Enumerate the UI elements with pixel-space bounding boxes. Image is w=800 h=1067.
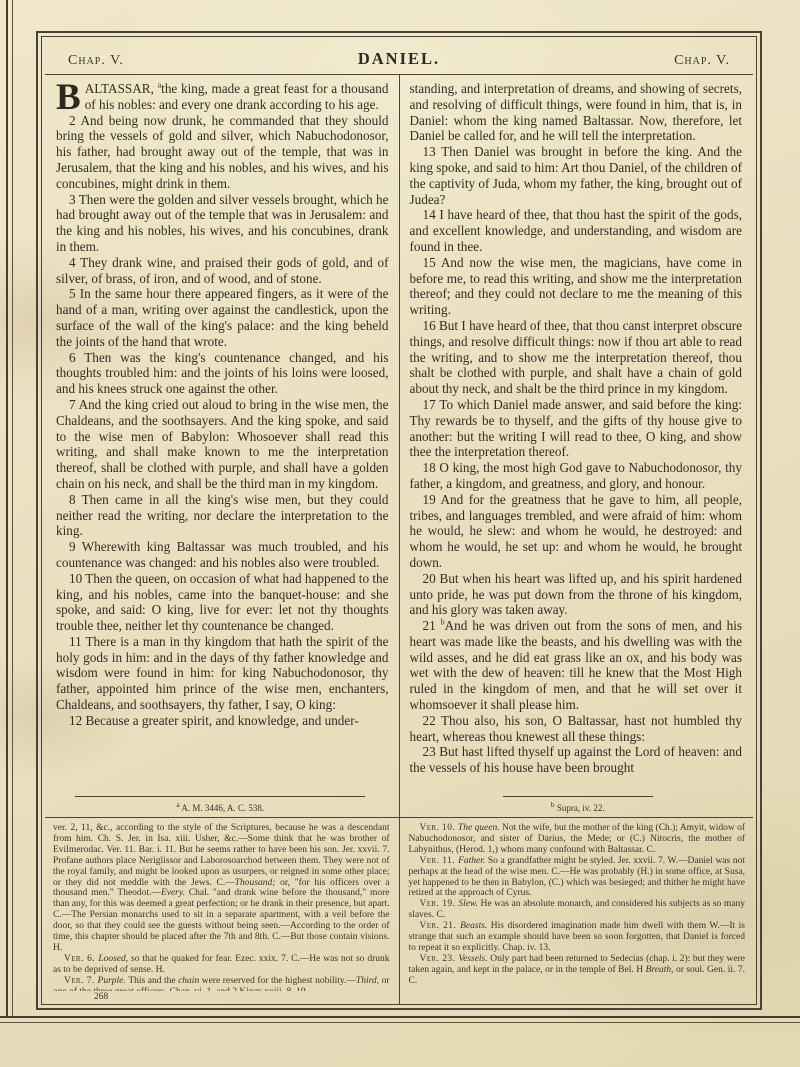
verse-ref-label: Ver. 23.	[420, 954, 459, 964]
verse-15: 15 And now the wise men, the magicians, …	[410, 255, 743, 318]
verse-6: 6 Then was the king's countenance change…	[56, 350, 389, 397]
term-word: Loosed,	[98, 954, 131, 964]
verse-18: 18 O king, the most high God gave to Nab…	[410, 460, 743, 492]
footnote-rule-right	[503, 796, 653, 797]
verse-21: 21 bAnd he was driven out from the sons …	[410, 618, 743, 713]
verse-12-part: 12 Because a greater spirit, and knowled…	[56, 713, 389, 729]
verse-16: 16 But I have heard of thee, that thou c…	[410, 318, 743, 397]
commentary-section: ver. 2, 11, &c., according to the style …	[42, 818, 756, 1004]
verse-13: 13 Then Daniel was brought in before the…	[410, 144, 743, 207]
note-ver-21: Ver. 21. Beasts. His disordered imaginat…	[409, 921, 746, 954]
footnote-left: a A. M. 3446, A. C. 538.	[42, 794, 399, 817]
term-word: Purple.	[98, 976, 129, 986]
verse-22: 22 Thou also, his son, O Baltassar, hast…	[410, 713, 743, 745]
verse-text-left: BALTASSAR, athe king, made a great feast…	[42, 75, 399, 794]
note-continued: ver. 2, 11, &c., according to the style …	[53, 823, 390, 954]
note-ver-10: Ver. 10. The queen. Not the wife, but th…	[409, 823, 746, 856]
verse-10: 10 Then the queen, on occasion of what h…	[56, 571, 389, 634]
term-word: Beasts.	[460, 921, 491, 931]
verse-17: 17 To which Daniel made answer, and said…	[410, 397, 743, 460]
term-word: Slew.	[458, 899, 480, 909]
term-word: Father.	[458, 856, 488, 866]
verse-5: 5 In the same hour there appeared finger…	[56, 286, 389, 349]
verse-ref-label: Ver. 10.	[420, 823, 458, 833]
footnote-left-text: a A. M. 3446, A. C. 538.	[176, 803, 264, 813]
verse-23-part: 23 But hast lifted thyself up against th…	[410, 744, 743, 776]
scripture-section: BALTASSAR, athe king, made a great feast…	[42, 75, 756, 817]
note-ver-6: Ver. 6. Loosed, so that he quaked for fe…	[53, 954, 390, 976]
verse-4: 4 They drank wine, and praised their god…	[56, 255, 389, 287]
note-ver-19: Ver. 19. Slew. He was an absolute monarc…	[409, 899, 746, 921]
verse-ref-label: Ver. 6.	[64, 954, 98, 964]
commentary-notes-left: ver. 2, 11, &c., according to the style …	[42, 818, 399, 991]
running-head: Chap. V. DANIEL. Chap. V.	[42, 37, 756, 73]
term-word: The queen.	[458, 823, 502, 833]
footnote-rule-left	[75, 796, 365, 797]
page-gutter-line	[6, 0, 13, 1016]
footnote-right-text: b Supra, iv. 22.	[551, 803, 605, 813]
commentary-column-right: Ver. 10. The queen. Not the wife, but th…	[400, 818, 757, 1004]
term-word: Vessels.	[458, 954, 490, 964]
scripture-column-right: standing, and interpretation of dreams, …	[400, 75, 757, 817]
page-number: 268	[94, 992, 399, 1002]
verse-20: 20 But when his heart was lifted up, and…	[410, 571, 743, 618]
verse-14: 14 I have heard of thee, that thou hast …	[410, 207, 743, 254]
verse-ref-label: Ver. 11.	[420, 856, 459, 866]
verse-12-continued: standing, and interpretation of dreams, …	[410, 81, 743, 144]
verse-11: 11 There is a man in thy kingdom that ha…	[56, 634, 389, 713]
running-head-chapter-right: Chap. V.	[440, 53, 730, 69]
verse-ref-label: Ver. 19.	[420, 899, 459, 909]
footnote-right: b Supra, iv. 22.	[400, 794, 757, 817]
verse-8: 8 Then came in all the king's wise men, …	[56, 492, 389, 539]
bottom-page-edge-line	[0, 1016, 800, 1023]
verse-3: 3 Then were the golden and silver vessel…	[56, 192, 389, 255]
book-title: DANIEL.	[358, 49, 440, 69]
note-ver-23: Ver. 23. Vessels. Only part had been ret…	[409, 954, 746, 987]
verse-text-right: standing, and interpretation of dreams, …	[400, 75, 757, 794]
verse-ref-label: Ver. 21.	[420, 921, 461, 931]
verse-7: 7 And the king cried out aloud to bring …	[56, 397, 389, 492]
commentary-notes-right: Ver. 10. The queen. Not the wife, but th…	[400, 818, 757, 1004]
page-frame-inner: Chap. V. DANIEL. Chap. V. BALTASSAR, ath…	[41, 36, 757, 1005]
note-ver-11: Ver. 11. Father. So a grandfather might …	[409, 856, 746, 900]
page-frame: Chap. V. DANIEL. Chap. V. BALTASSAR, ath…	[36, 31, 762, 1010]
verse-ref-label: Ver. 7.	[64, 976, 98, 986]
commentary-column-left: ver. 2, 11, &c., according to the style …	[42, 818, 399, 1004]
verse-1: BALTASSAR, athe king, made a great feast…	[56, 81, 389, 113]
running-head-chapter-left: Chap. V.	[68, 53, 358, 69]
verse-19: 19 And for the greatness that he gave to…	[410, 492, 743, 571]
verse-2: 2 And being now drunk, he commanded that…	[56, 113, 389, 192]
scripture-column-left: BALTASSAR, athe king, made a great feast…	[42, 75, 399, 817]
note-ver-7: Ver. 7. Purple. This and the chain were …	[53, 976, 390, 991]
verse-9: 9 Wherewith king Baltassar was much trou…	[56, 539, 389, 571]
drop-cap: B	[56, 81, 85, 112]
